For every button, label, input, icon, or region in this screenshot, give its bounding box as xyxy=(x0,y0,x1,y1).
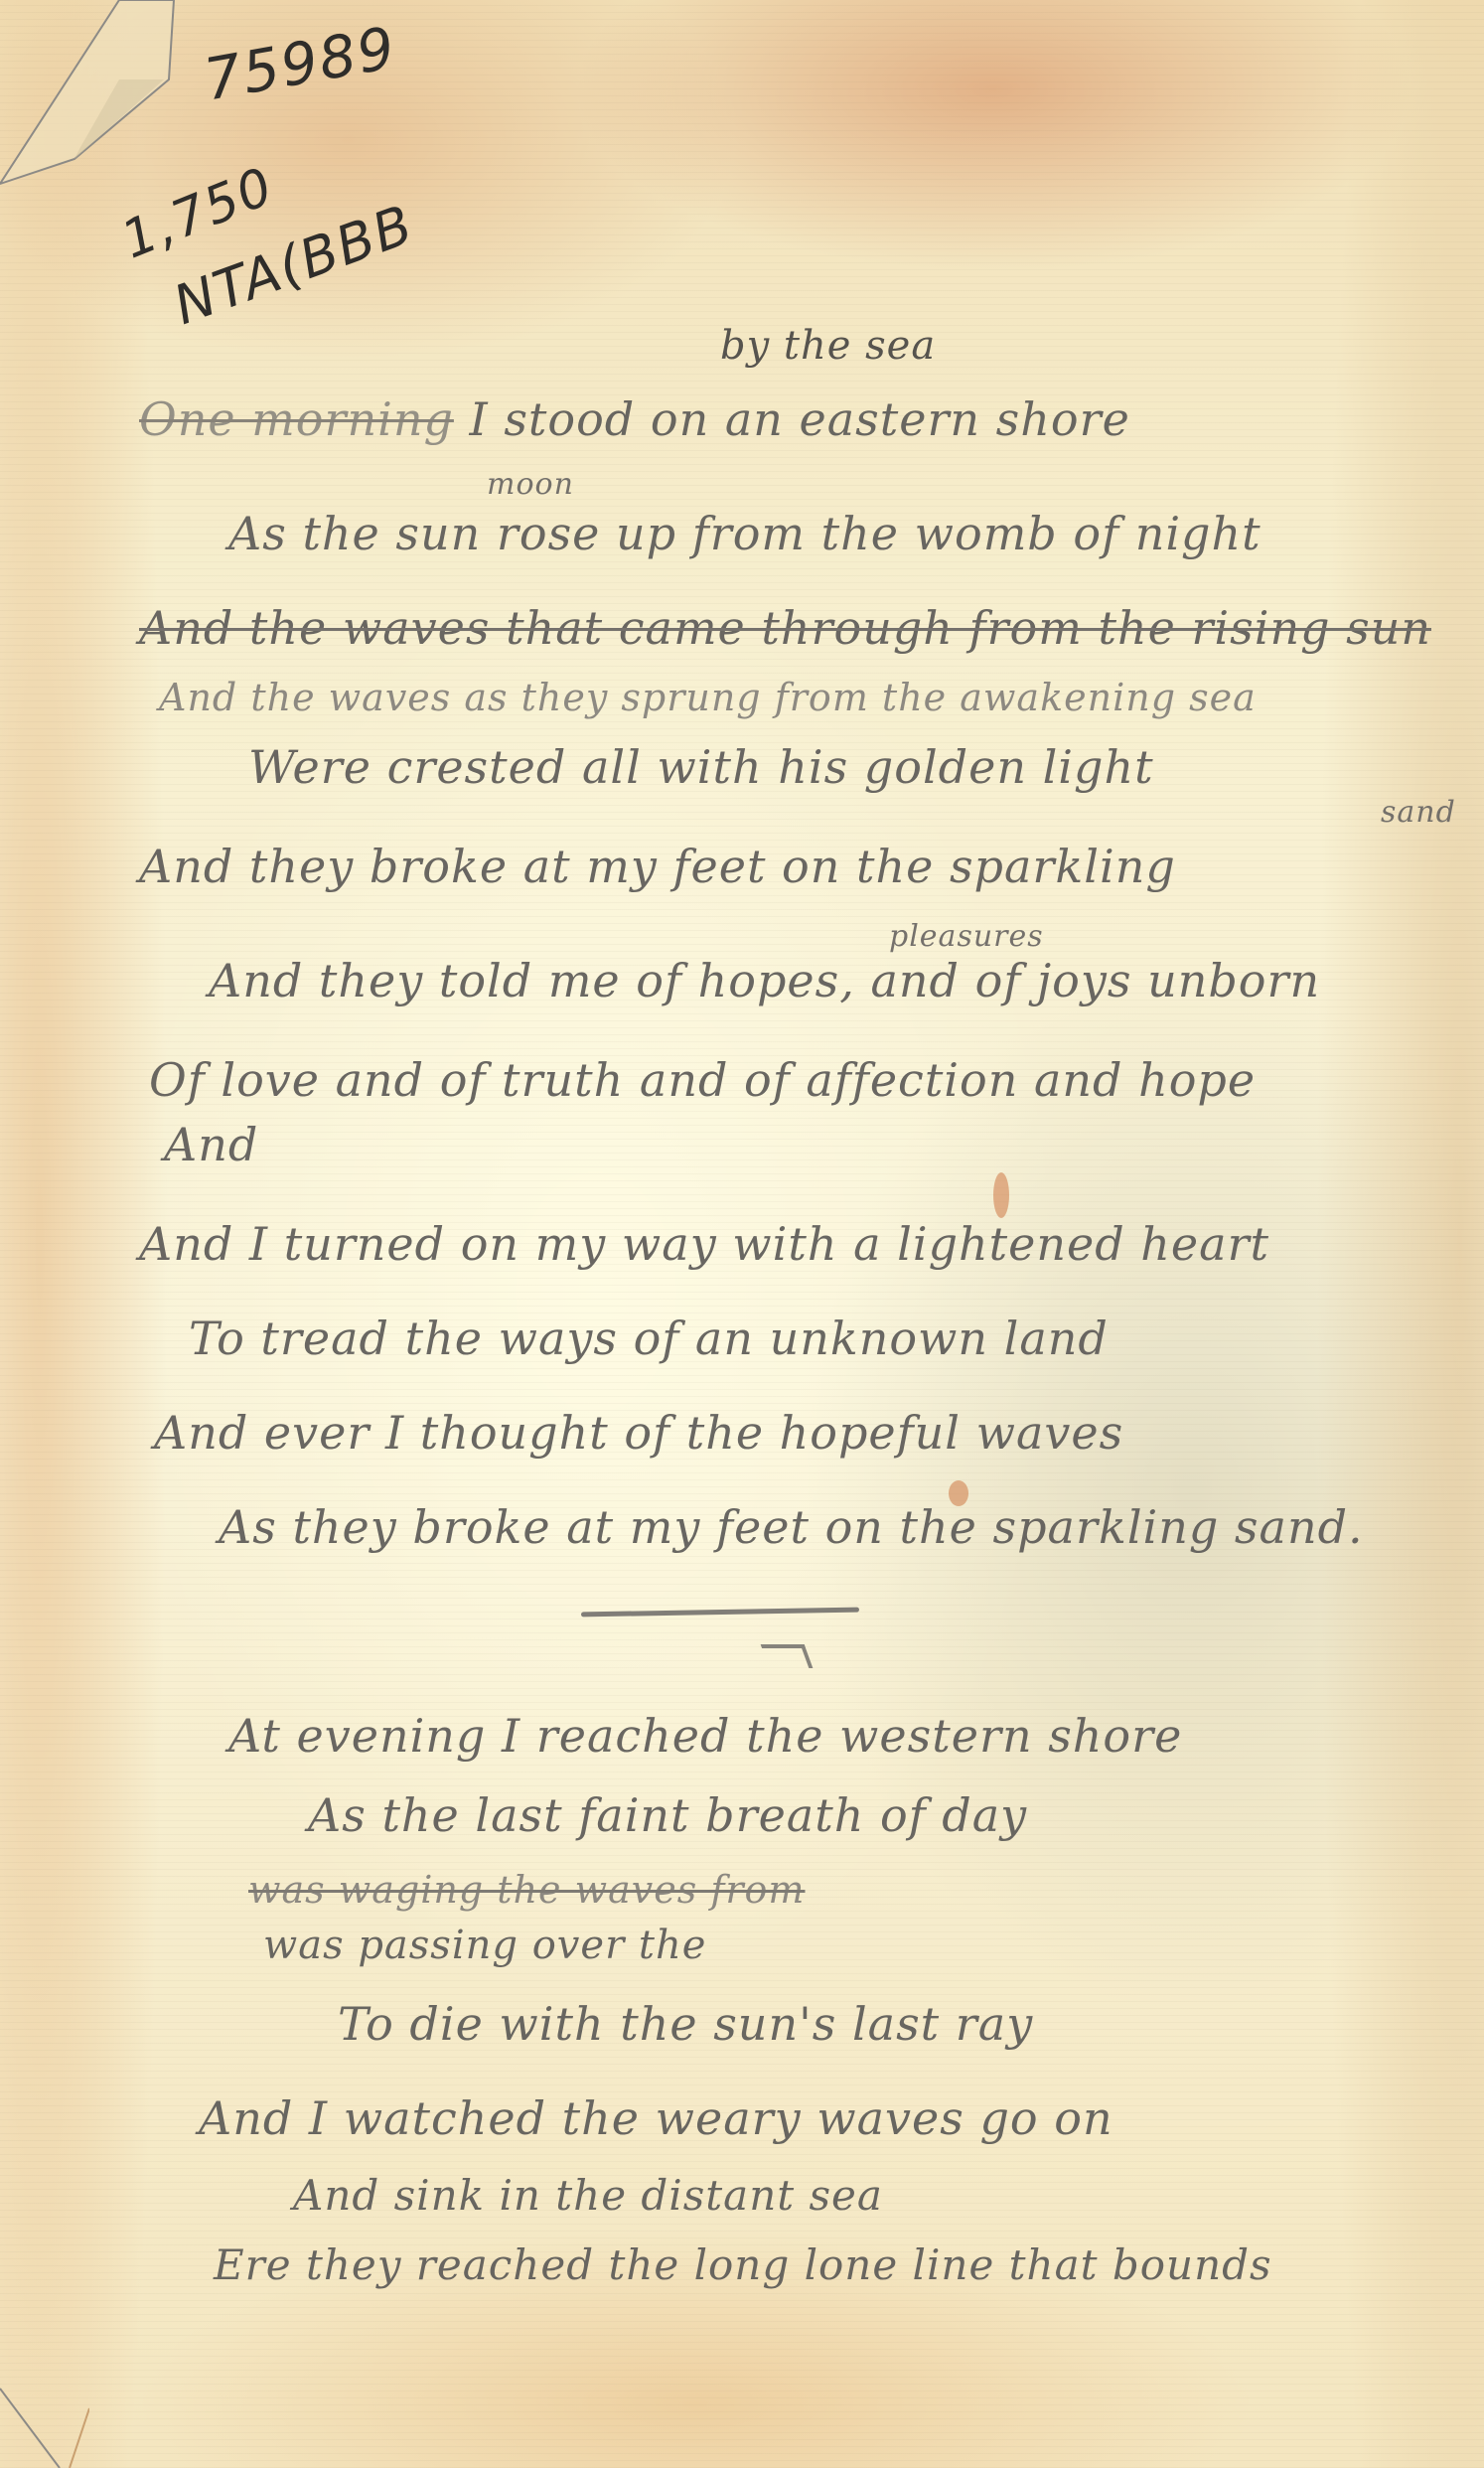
poem-line: was passing over the xyxy=(263,1923,706,1968)
poem-line: As they broke at my feet on the sparklin… xyxy=(219,1500,1364,1554)
poem-line: And I watched the weary waves go on xyxy=(199,2091,1113,2145)
poem-line: And I turned on my way with a lightened … xyxy=(139,1217,1269,1271)
struck-line: was waging the waves from xyxy=(248,1868,805,1912)
struck-line: And the waves that came through from the… xyxy=(139,601,1431,655)
poem-line: Of love and of truth and of affection an… xyxy=(149,1053,1256,1107)
manuscript-page: 75989 1,750 NTA(BBB by the sea One morni… xyxy=(0,0,1484,2468)
struck-text: One morning xyxy=(139,392,454,446)
poem-line: At evening I reached the western shore xyxy=(228,1709,1182,1763)
poem-line: And sink in the distant sea xyxy=(293,2171,883,2220)
stain-spot xyxy=(993,1172,1009,1218)
poem-line: And ever I thought of the hopeful waves xyxy=(154,1406,1123,1460)
bottom-corner-fold-icon xyxy=(0,2379,89,2468)
corner-fold-icon xyxy=(0,0,179,189)
insertion-text: pleasures xyxy=(889,919,1044,954)
insertion-text: sand xyxy=(1381,795,1456,830)
poem-title: by the sea xyxy=(720,323,936,369)
poem-line: Were crested all with his golden light xyxy=(248,740,1154,794)
line-text: I stood on an eastern shore xyxy=(454,392,1130,446)
divider-mark xyxy=(761,1644,814,1668)
insertion-text: moon xyxy=(487,467,574,502)
poem-line: And they broke at my feet on the sparkli… xyxy=(139,840,1176,893)
poem-line: As the sun rose up from the womb of nigh… xyxy=(228,507,1261,560)
poem-line: As the last faint breath of day xyxy=(308,1788,1027,1842)
poem-line: And the waves as they sprung from the aw… xyxy=(159,676,1257,719)
catalog-number: 75989 xyxy=(200,14,401,114)
section-divider xyxy=(581,1608,859,1618)
poem-line: To tread the ways of an unknown land xyxy=(189,1311,1109,1365)
poem-line: And they told me of hopes, and of joys u… xyxy=(209,954,1320,1007)
poem-line: One morning I stood on an eastern shore xyxy=(139,392,1130,446)
poem-line: Ere they reached the long lone line that… xyxy=(214,2240,1272,2289)
poem-line: To die with the sun's last ray xyxy=(338,1997,1033,2051)
poem-line: And xyxy=(164,1118,258,1171)
